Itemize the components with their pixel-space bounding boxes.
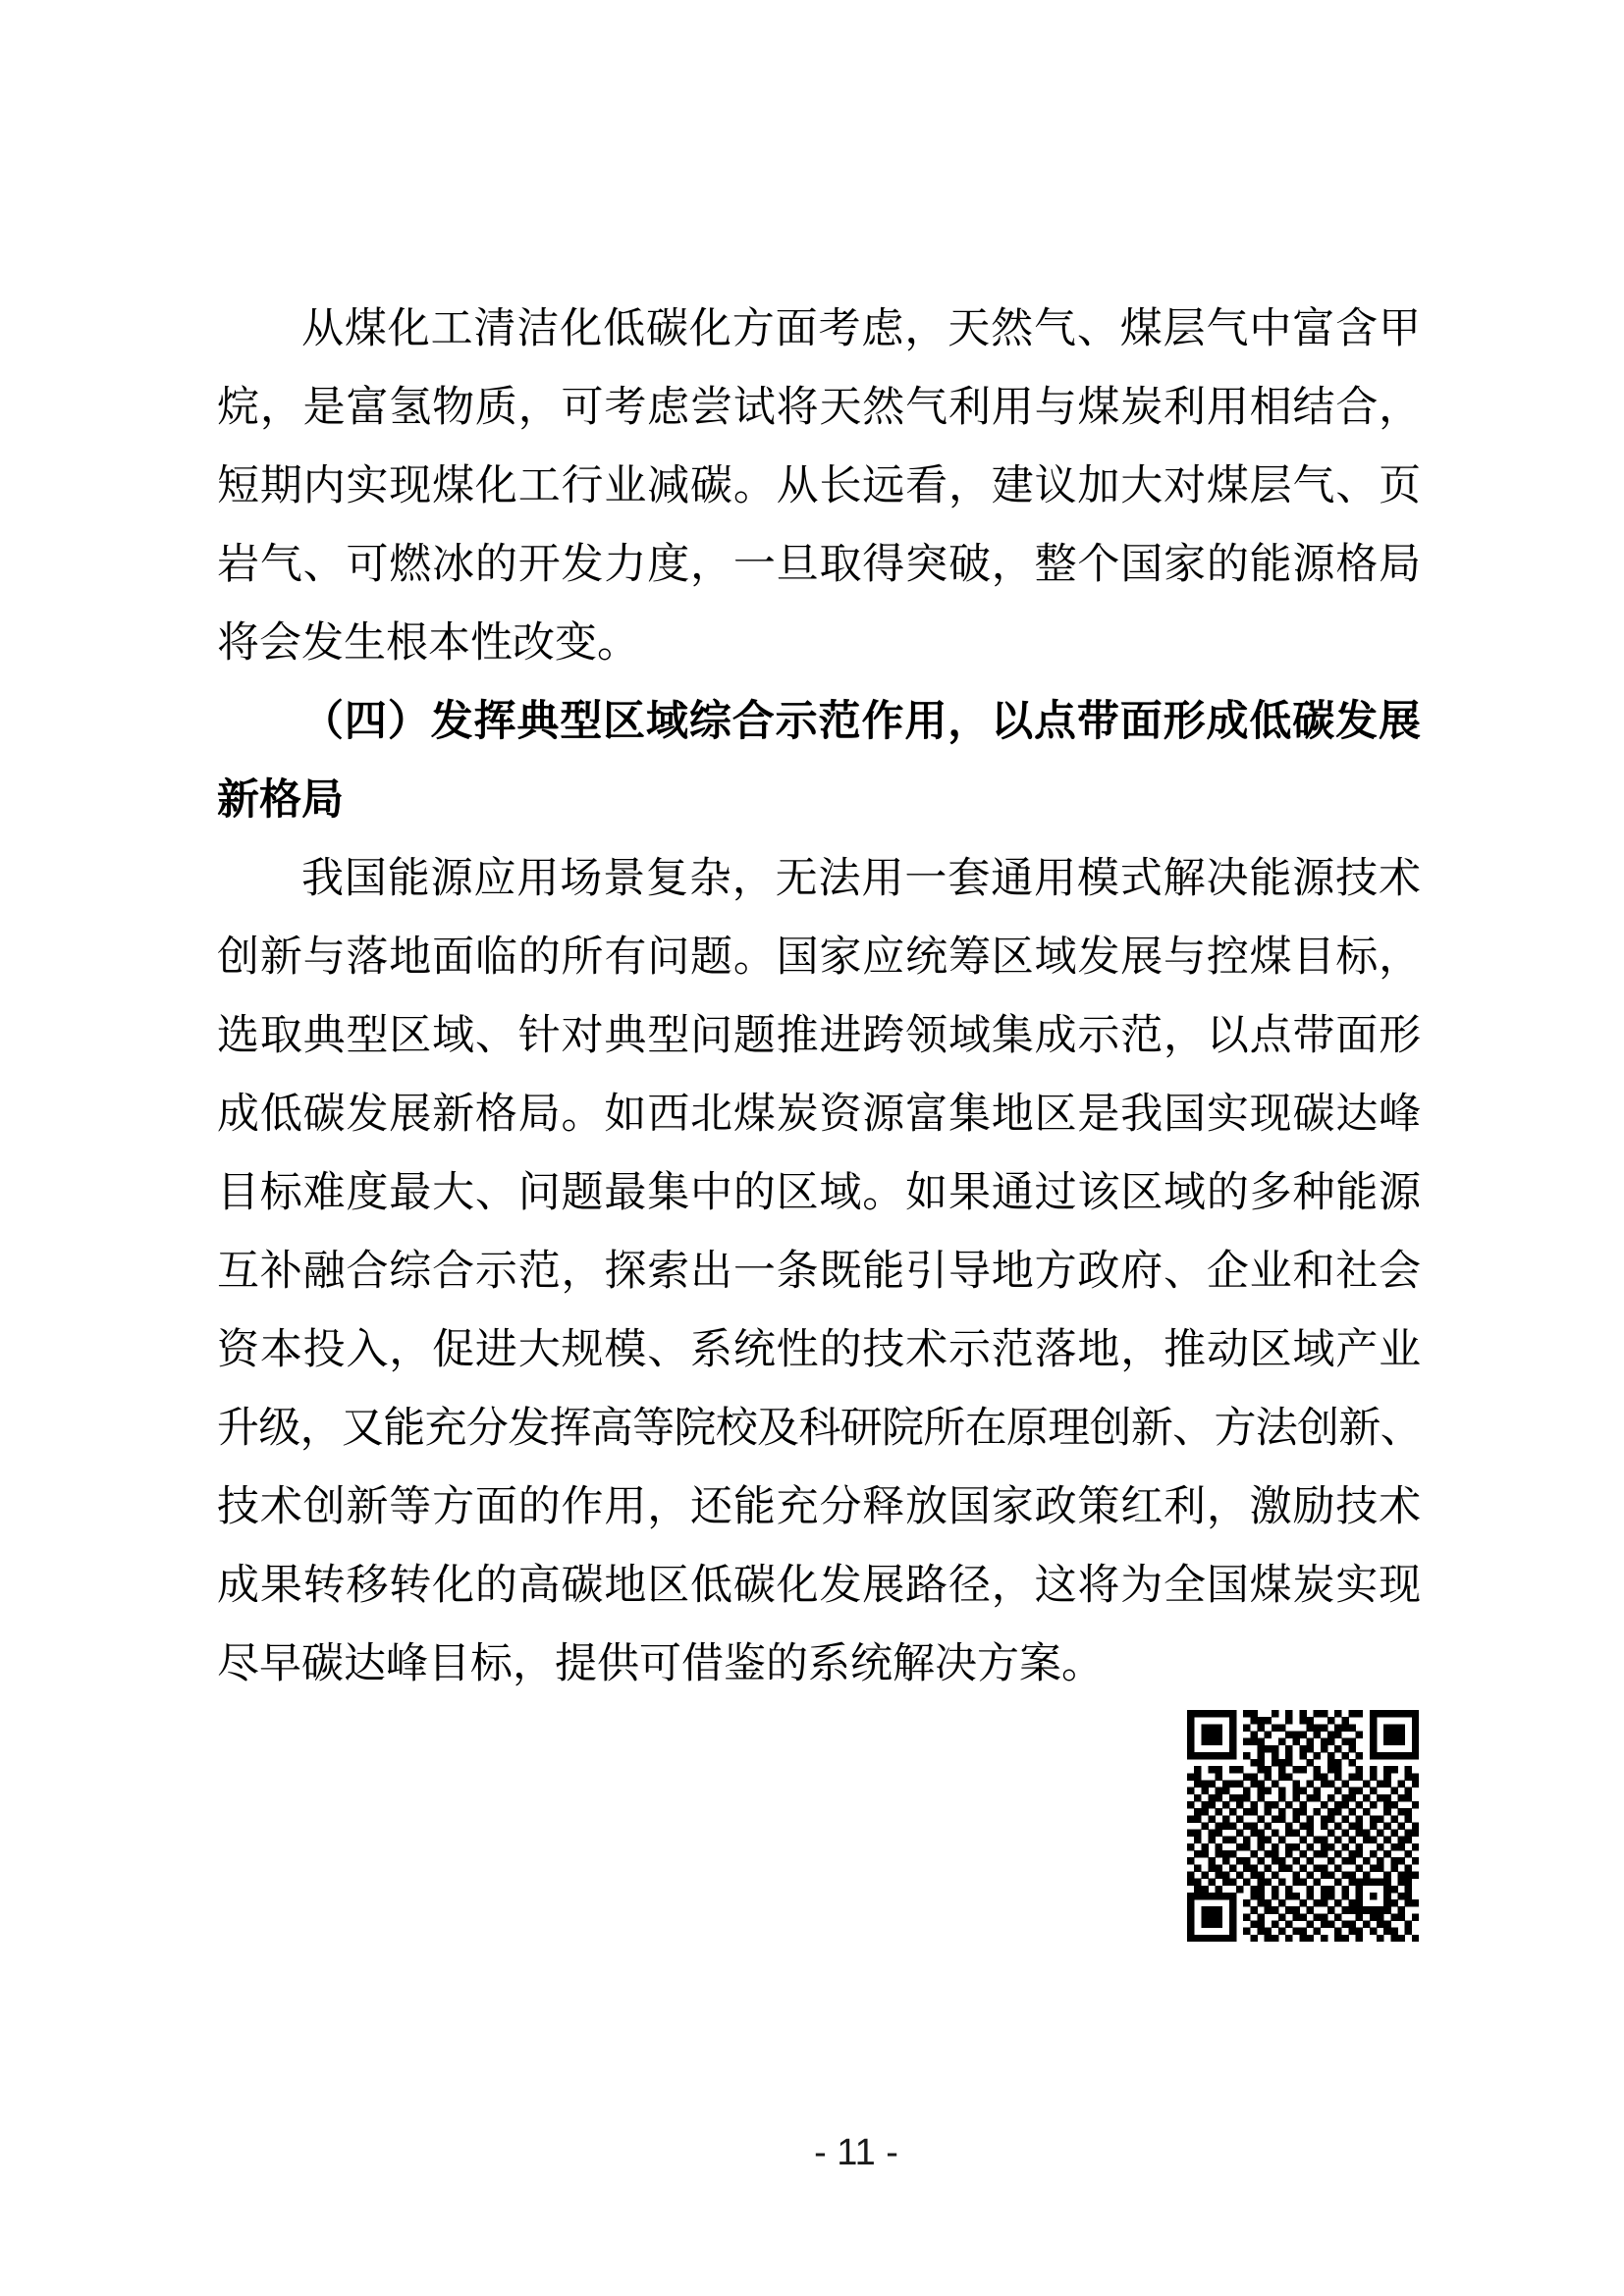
text-line: 技术创新等方面的作用，还能充分释放国家政策红利，激励技术	[217, 1468, 1422, 1547]
text-line: 从煤化工清洁化低碳化方面考虑，天然气、煤层气中富含甲	[217, 291, 1422, 369]
text-line: 新格局	[217, 762, 1422, 840]
text-line-content: 新格局	[217, 777, 344, 824]
text-line-content: 资本投入，促进大规模、系统性的技术示范落地，推动区域产业	[217, 1327, 1422, 1373]
text-line: 短期内实现煤化工行业减碳。从长远看，建议加大对煤层气、页	[217, 448, 1422, 526]
text-line-content: 烷，是富氢物质，可考虑尝试将天然气利用与煤炭利用相结合，	[217, 385, 1422, 431]
text-line: 岩气、可燃冰的开发力度，一旦取得突破，整个国家的能源格局	[217, 526, 1422, 605]
text-line-content: 尽早碳达峰目标，提供可借鉴的系统解决方案。	[217, 1641, 1104, 1687]
document-page: 从煤化工清洁化低碳化方面考虑，天然气、煤层气中富含甲烷，是富氢物质，可考虑尝试将…	[0, 0, 1624, 2296]
text-line-content: 将会发生根本性改变。	[217, 620, 639, 667]
text-line: 目标难度最大、问题最集中的区域。如果通过该区域的多种能源	[217, 1154, 1422, 1233]
qr-code-image	[1187, 1710, 1419, 1942]
text-line: 将会发生根本性改变。	[217, 605, 1422, 683]
text-line-content: 创新与落地面临的所有问题。国家应统筹区域发展与控煤目标，	[217, 934, 1422, 981]
text-line: （四）发挥典型区域综合示范作用，以点带面形成低碳发展	[217, 683, 1422, 762]
text-line-content: 成低碳发展新格局。如西北煤炭资源富集地区是我国实现碳达峰	[217, 1092, 1422, 1138]
page-number: - 11 -	[44, 2132, 1624, 2174]
text-line-content: 技术创新等方面的作用，还能充分释放国家政策红利，激励技术	[217, 1484, 1422, 1530]
text-line-content: （四）发挥典型区域综合示范作用，以点带面形成低碳发展	[301, 699, 1422, 745]
text-line-content: 升级，又能充分发挥高等院校及科研院所在原理创新、方法创新、	[217, 1406, 1422, 1452]
text-line: 烷，是富氢物质，可考虑尝试将天然气利用与煤炭利用相结合，	[217, 369, 1422, 448]
text-line-content: 短期内实现煤化工行业减碳。从长远看，建议加大对煤层气、页	[217, 463, 1422, 509]
text-line: 尽早碳达峰目标，提供可借鉴的系统解决方案。	[217, 1626, 1422, 1704]
qr-code	[1187, 1710, 1419, 1942]
text-line: 互补融合综合示范，探索出一条既能引导地方政府、企业和社会	[217, 1233, 1422, 1311]
text-line-content: 目标难度最大、问题最集中的区域。如果通过该区域的多种能源	[217, 1170, 1422, 1216]
text-line-content: 从煤化工清洁化低碳化方面考虑，天然气、煤层气中富含甲	[301, 306, 1422, 352]
text-line: 资本投入，促进大规模、系统性的技术示范落地，推动区域产业	[217, 1311, 1422, 1390]
text-line-content: 互补融合综合示范，探索出一条既能引导地方政府、企业和社会	[217, 1249, 1422, 1295]
text-line: 成低碳发展新格局。如西北煤炭资源富集地区是我国实现碳达峰	[217, 1076, 1422, 1154]
text-line: 创新与落地面临的所有问题。国家应统筹区域发展与控煤目标，	[217, 919, 1422, 997]
text-line: 成果转移转化的高碳地区低碳化发展路径，这将为全国煤炭实现	[217, 1547, 1422, 1626]
text-line: 选取典型区域、针对典型问题推进跨领域集成示范，以点带面形	[217, 997, 1422, 1076]
text-line-content: 成果转移转化的高碳地区低碳化发展路径，这将为全国煤炭实现	[217, 1563, 1422, 1609]
text-line-content: 岩气、可燃冰的开发力度，一旦取得突破，整个国家的能源格局	[217, 542, 1422, 588]
text-line-content: 选取典型区域、针对典型问题推进跨领域集成示范，以点带面形	[217, 1013, 1422, 1059]
text-line: 我国能源应用场景复杂，无法用一套通用模式解决能源技术	[217, 840, 1422, 919]
body-text: 从煤化工清洁化低碳化方面考虑，天然气、煤层气中富含甲烷，是富氢物质，可考虑尝试将…	[217, 291, 1422, 1704]
text-line: 升级，又能充分发挥高等院校及科研院所在原理创新、方法创新、	[217, 1390, 1422, 1468]
text-line-content: 我国能源应用场景复杂，无法用一套通用模式解决能源技术	[301, 856, 1422, 902]
